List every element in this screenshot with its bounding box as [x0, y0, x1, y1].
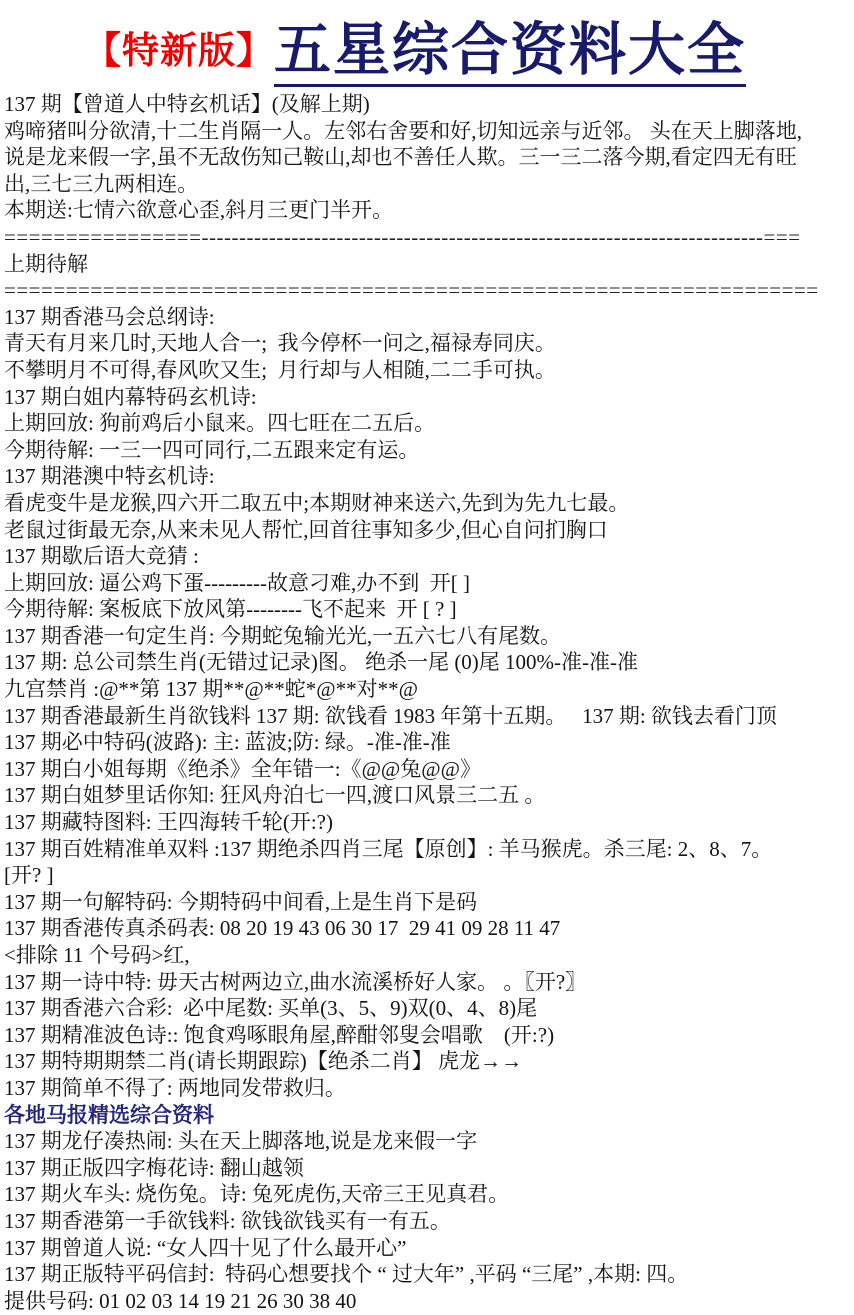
text-line: 137 期香港六合彩: 必中尾数: 买单(3、5、9)双(0、4、8)尾: [4, 995, 850, 1022]
text-line: 137 期港澳中特玄机诗:: [4, 463, 850, 490]
text-line: <排除 11 个号码>红,: [4, 942, 850, 969]
separator-line: ================------------------------…: [4, 224, 850, 251]
text-line: 137 期必中特码(波路): 主: 蓝波;防: 绿。-准-准-准: [4, 729, 850, 756]
text-line: 137 期一句解特码: 今期特码中间看,上是生肖下是码: [4, 889, 850, 916]
page: 【特新版】五星综合资料大全 137 期【曾道人中特玄机话】(及解上期)鸡啼猪叫分…: [0, 0, 854, 1314]
text-line: 137 期正版四字梅花诗: 翻山越领: [4, 1155, 850, 1182]
text-line: 137 期香港第一手欲钱料: 欲钱欲钱买有一有五。: [4, 1208, 850, 1235]
text-line: 九宫禁肖 :@**第 137 期**@**蛇*@**对**@: [4, 676, 850, 703]
text-line: 137 期歇后语大竞猜 :: [4, 543, 850, 570]
text-line: 今期待解: 案板底下放风第--------飞不起来 开 [ ? ]: [4, 596, 850, 623]
text-line: 137 期特期期禁二肖(请长期跟踪)【绝杀二肖】 虎龙→→: [4, 1048, 850, 1075]
text-line: 137 期香港马会总纲诗:: [4, 304, 850, 331]
text-line: 老鼠过街最无奈,从来未见人帮忙,回首往事知多少,但心自问扪胸口: [4, 517, 850, 544]
page-header: 【特新版】五星综合资料大全: [0, 0, 854, 88]
text-line: 不攀明月不可得,春风吹又生; 月行却与人相随,二二手可执。: [4, 357, 850, 384]
text-line: 137 期白姐内幕特码玄机诗:: [4, 384, 850, 411]
content-lines: 137 期【曾道人中特玄机话】(及解上期)鸡啼猪叫分欲清,十二生肖隔一人。左邻右…: [0, 88, 854, 1314]
text-line: 上期回放: 逼公鸡下蛋---------故意刁难,办不到 开[ ]: [4, 570, 850, 597]
text-line: [开? ]: [4, 862, 850, 889]
text-line: 说是龙来假一字,虽不无敌伤知己鞍山,却也不善任人欺。三一三二落今期,看定四无有旺: [4, 144, 850, 171]
section-heading: 各地马报精选综合资料: [4, 1102, 850, 1129]
text-line: 出,三七三九两相连。: [4, 171, 850, 198]
text-line: 鸡啼猪叫分欲清,十二生肖隔一人。左邻右舍要和好,切知远亲与近邻。 头在天上脚落地…: [4, 118, 850, 145]
text-line: 137 期百姓精准单双料 :137 期绝杀四肖三尾【原创】: 羊马猴虎。杀三尾:…: [4, 836, 850, 863]
text-line: 看虎变牛是龙猴,四六开二取五中;本期财神来送六,先到为先九七最。: [4, 490, 850, 517]
text-line: 上期回放: 狗前鸡后小鼠来。四七旺在二五后。: [4, 410, 850, 437]
text-line: 青天有月来几时,天地人合一; 我今停杯一问之,福禄寿同庆。: [4, 330, 850, 357]
text-line: 今期待解: 一三一四可同行,二五跟来定有运。: [4, 437, 850, 464]
text-line: 137 期藏特图料: 王四海转千轮(开:?): [4, 809, 850, 836]
text-line: 137 期龙仔凑热闹: 头在天上脚落地,说是龙来假一字: [4, 1128, 850, 1155]
text-line: 137 期: 总公司禁生肖(无错过记录)图。 绝杀一尾 (0)尾 100%-准-…: [4, 649, 850, 676]
page-title: 五星综合资料大全: [274, 19, 746, 87]
text-line: 137 期白姐梦里话你知: 狂风舟泊七一四,渡口风景三二五 。: [4, 782, 850, 809]
text-line: 137 期香港最新生肖欲钱料 137 期: 欲钱看 1983 年第十五期。 13…: [4, 703, 850, 730]
text-line: 137 期正版特平码信封: 特码心想要找个 “ 过大年” ,平码 “三尾” ,本…: [4, 1261, 850, 1288]
text-line: 137 期精准波色诗:: 饱食鸡啄眼角屋,醉酣邻叟会唱歌 (开:?): [4, 1022, 850, 1049]
text-line: 提供号码: 01 02 03 14 19 21 26 30 38 40: [4, 1288, 850, 1315]
text-line: 上期待解: [4, 251, 850, 278]
text-line: 137 期简单不得了: 两地同发带救归。: [4, 1075, 850, 1102]
text-line: 137 期香港传真杀码表: 08 20 19 43 06 30 17 29 41…: [4, 915, 850, 942]
text-line: 137 期【曾道人中特玄机话】(及解上期): [4, 91, 850, 118]
text-line: 137 期一诗中特: 毋天古树两边立,曲水流溪桥好人家。 。〖开?〗: [4, 969, 850, 996]
text-line: 137 期香港一句定生肖: 今期蛇兔输光光,一五六七八有尾数。: [4, 623, 850, 650]
text-line: 137 期火车头: 烧伤兔。诗: 兔死虎伤,天帝三王见真君。: [4, 1181, 850, 1208]
text-line: 本期送:七情六欲意心歪,斜月三更门半开。: [4, 197, 850, 224]
separator-line: ========================================…: [4, 277, 850, 304]
text-line: 137 期曾道人说: “女人四十见了什么最开心”: [4, 1235, 850, 1262]
text-line: 137 期白小姐每期《绝杀》全年错一:《@@兔@@》: [4, 756, 850, 783]
edition-badge: 【特新版】: [84, 31, 274, 72]
